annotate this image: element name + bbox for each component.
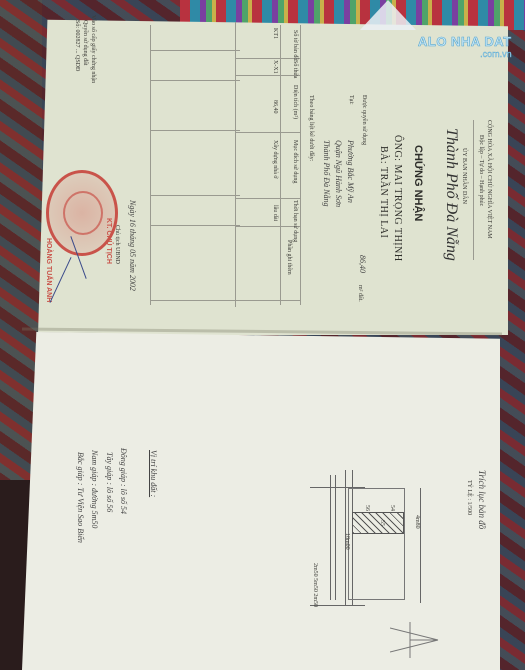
table-header-notes: Phần ghi thêm xyxy=(286,240,292,275)
table-header-plot: Số thửa xyxy=(292,60,298,78)
cell-plot: X-X1 xyxy=(272,60,278,74)
address-line-1: Phường Bắc Mỹ An xyxy=(346,140,355,203)
address-line-2: Quận Ngũ Hành Sơn xyxy=(334,140,343,207)
location-label: Tại: xyxy=(348,95,354,105)
road-dimensions: 2m50 5m50 2m50 xyxy=(312,563,318,607)
header-rule xyxy=(473,120,474,260)
address-line-3: Thành Phố Đà Nẵng xyxy=(322,140,331,206)
table-header-purpose: Mục đích sử dụng xyxy=(292,140,298,183)
cell-purpose: Xây dựng nhà ở xyxy=(272,140,278,179)
north-arrow-icon xyxy=(390,620,450,660)
owner-2: BÀ: TRẦN THỊ LAI xyxy=(378,146,389,238)
certificate-title: CHỨNG NHẬN xyxy=(412,145,424,221)
issue-date: Ngày 16 tháng 05 năm 2002 xyxy=(128,200,137,291)
map-title: Trích lục bản đồ xyxy=(477,470,487,529)
plot-length: 18m00 xyxy=(344,533,350,550)
lot-54: 54 xyxy=(389,505,395,511)
boundary-east: Đông giáp : lô số 54 xyxy=(119,448,128,514)
owner-1: ÔNG: MAI TRỌNG THỊNH xyxy=(392,135,403,262)
cell-term: lâu dài xyxy=(272,205,278,221)
watermark: ALO NHA DAT .com.vn xyxy=(418,34,512,59)
boundary-north: Bắc giáp : Tư Viện Sao Biển xyxy=(76,452,85,543)
land-plot-outline xyxy=(348,488,405,600)
area-unit: m² đất. xyxy=(357,285,363,302)
cell-area: 86,40 xyxy=(272,100,278,114)
boundary-west: Tây giáp : lô số 56 xyxy=(105,452,114,512)
subject-plot-hatched xyxy=(352,512,404,534)
watermark-logo-icon xyxy=(360,0,416,30)
table-header-area: Diện tích (m²) xyxy=(292,85,298,119)
cell-map-sheet: KT1 xyxy=(272,28,278,39)
watermark-main: ALO NHA DAT xyxy=(418,34,512,49)
lot-55: 55 xyxy=(379,520,385,526)
country-name: CỘNG HÒA XÃ HỘI CHỦ NGHĨA VIỆT NAM xyxy=(486,120,492,239)
city-script: Thành Phố Đà Nẵng xyxy=(442,128,460,261)
map-scale: TỶ LỆ : 1/500 xyxy=(466,480,472,515)
signature-title: Chủ tịch UBND xyxy=(114,225,120,264)
table-header-map-sheet: Số tờ bản đồ xyxy=(292,30,298,60)
register-line-1: Vào sổ cấp giấy chứng nhận xyxy=(90,15,96,83)
register-line-2: Quyền sử dụng đất xyxy=(82,20,88,65)
table-header-term: Thời hạn sử dụng xyxy=(292,200,298,242)
official-seal-icon xyxy=(46,170,118,256)
issuer: ỦY BAN NHÂN DÂN xyxy=(461,148,467,204)
list-label: Theo bảng liệt kê dưới đây: xyxy=(308,95,314,161)
motto: Độc lập – Tự do – Hạnh phúc xyxy=(478,135,484,206)
lot-56: 56 xyxy=(364,505,370,511)
watermark-sub: .com.vn xyxy=(418,49,512,59)
boundary-south: Nam giáp : đường 5m50 xyxy=(90,450,99,528)
location-heading: Vị trí khu đất : xyxy=(149,450,158,497)
area-value: 86,40 xyxy=(358,255,367,273)
plot-width: 4m80 xyxy=(414,515,420,529)
usage-label: Được quyền sử dụng xyxy=(361,95,367,145)
signer-name: HOÀNG TUẤN ANH xyxy=(45,238,52,302)
register-line-3: Số: 002827 ... QSDĐ xyxy=(74,20,80,71)
